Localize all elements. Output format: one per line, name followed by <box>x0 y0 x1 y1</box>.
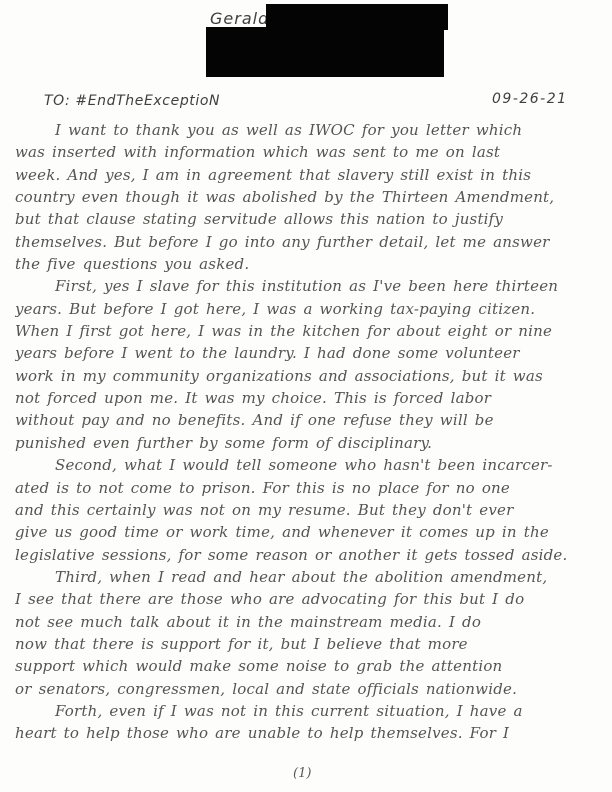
letter-body: I want to thank you as well as IWOC for … <box>15 119 605 745</box>
letter-line: without pay and no benefits. And if one … <box>15 409 605 431</box>
letter-line: punished even further by some form of di… <box>15 432 605 454</box>
letter-line: the five questions you asked. <box>15 253 605 275</box>
letter-line: support which would make some noise to g… <box>15 655 605 677</box>
letter-line: work in my community organizations and a… <box>15 365 605 387</box>
letter-line: Third, when I read and hear about the ab… <box>15 566 605 588</box>
letter-line: legislative sessions, for some reason or… <box>15 544 605 566</box>
letter-line: Second, what I would tell someone who ha… <box>15 454 605 476</box>
page-number: (1) <box>293 766 311 781</box>
letter-line: First, yes I slave for this institution … <box>15 275 605 297</box>
letter-line: or senators, congressmen, local and stat… <box>15 678 605 700</box>
letter-line: and this certainly was not on my resume.… <box>15 499 605 521</box>
letter-line: now that there is support for it, but I … <box>15 633 605 655</box>
redaction-address-block <box>206 27 444 77</box>
letter-line: not forced upon me. It was my choice. Th… <box>15 387 605 409</box>
recipient-line: TO: #EndTheExceptioN <box>44 93 220 109</box>
letter-line: but that clause stating servitude allows… <box>15 208 605 230</box>
letter-line: themselves. But before I go into any fur… <box>15 231 605 253</box>
letter-line: I want to thank you as well as IWOC for … <box>15 119 605 141</box>
letter-page: Gerald. TO: #EndTheExceptioN 09-26-21 I … <box>0 0 612 792</box>
letter-line: heart to help those who are unable to he… <box>15 722 605 744</box>
letter-line: I see that there are those who are advoc… <box>15 588 605 610</box>
letter-line: not see much talk about it in the mainst… <box>15 611 605 633</box>
letter-line: years. But before I got here, I was a wo… <box>15 298 605 320</box>
date-line: 09-26-21 <box>492 91 568 107</box>
letter-line: years before I went to the laundry. I ha… <box>15 342 605 364</box>
letter-line: week. And yes, I am in agreement that sl… <box>15 164 605 186</box>
letter-line: country even though it was abolished by … <box>15 186 605 208</box>
letter-line: When I first got here, I was in the kitc… <box>15 320 605 342</box>
letter-line: Forth, even if I was not in this current… <box>15 700 605 722</box>
letter-line: was inserted with information which was … <box>15 141 605 163</box>
letter-line: ated is to not come to prison. For this … <box>15 477 605 499</box>
letter-line: give us good time or work time, and when… <box>15 521 605 543</box>
